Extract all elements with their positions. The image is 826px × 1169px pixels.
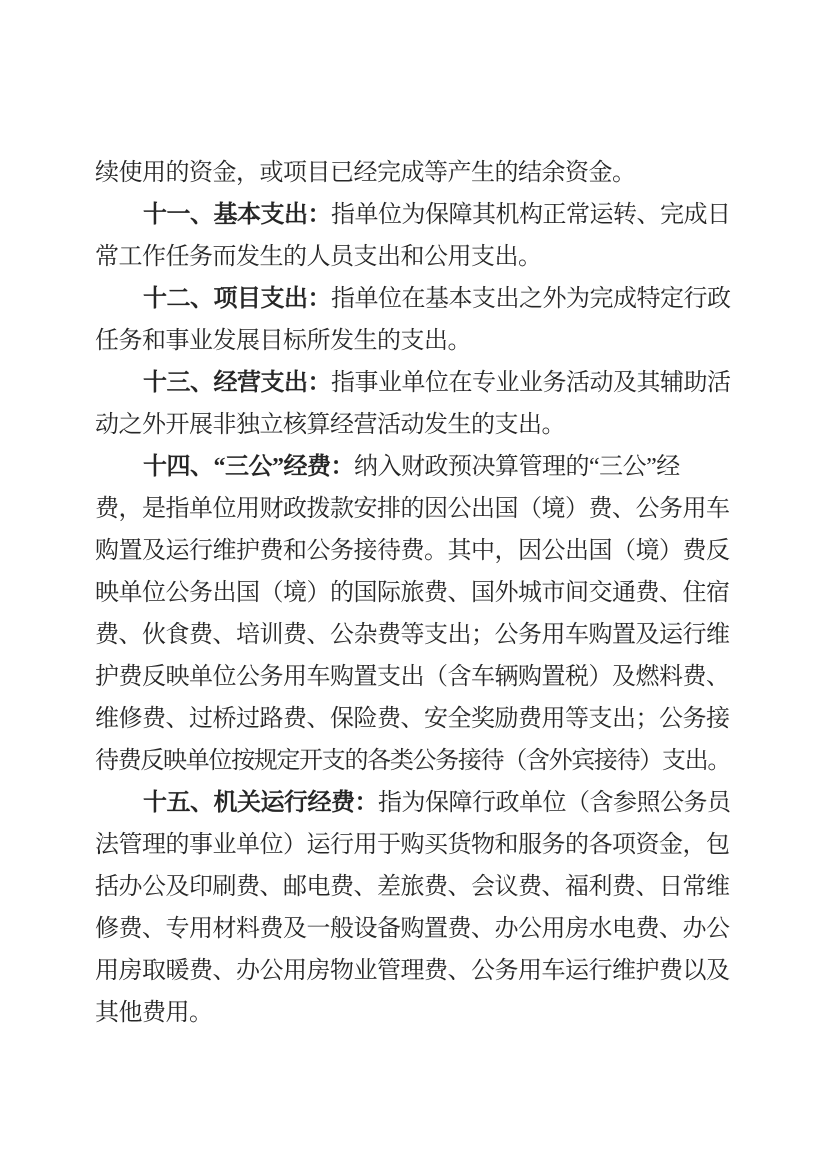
text-line: 用房取暖费、办公用房物业管理费、公务用车运行维护费以及	[95, 950, 731, 992]
text-segment: 法管理的事业单位）运行用于购买货物和服务的各项资金，包	[95, 832, 730, 858]
term-heading: 十五、机关运行经费：	[143, 790, 378, 816]
text-line: 其他费用。	[95, 992, 731, 1034]
text-line: 法管理的事业单位）运行用于购买货物和服务的各项资金，包	[95, 824, 731, 866]
text-segment: 任务和事业发展目标所发生的支出。	[95, 328, 471, 354]
text-segment: 维修费、过桥过路费、保险费、安全奖励费用等支出；公务接	[95, 706, 730, 732]
text-segment: 购置及运行维护费和公务接待费。其中，因公出国（境）费反	[95, 538, 730, 564]
text-segment: 费、伙食费、培训费、公杂费等支出；公务用车购置及运行维	[95, 622, 730, 648]
text-line: 括办公及印刷费、邮电费、差旅费、会议费、福利费、日常维	[95, 866, 731, 908]
text-line: 十四、“三公”经费：纳入财政预决算管理的“三公”经	[95, 446, 731, 488]
text-line: 费，是指单位用财政拨款安排的因公出国（境）费、公务用车	[95, 488, 731, 530]
text-segment: 括办公及印刷费、邮电费、差旅费、会议费、福利费、日常维	[95, 874, 730, 900]
text-segment: 用房取暖费、办公用房物业管理费、公务用车运行维护费以及	[95, 958, 730, 984]
text-segment: 指单位在基本支出之外为完成特定行政	[331, 286, 731, 312]
term-heading: 十二、项目支出：	[143, 286, 331, 312]
text-segment: 指单位为保障其机构正常运转、完成日	[331, 202, 731, 228]
text-segment: 修费、专用材料费及一般设备购置费、办公用房水电费、办公	[95, 916, 730, 942]
document-text-block: 续使用的资金，或项目已经完成等产生的结余资金。十一、基本支出：指单位为保障其机构…	[95, 152, 731, 1034]
text-line: 修费、专用材料费及一般设备购置费、办公用房水电费、办公	[95, 908, 731, 950]
text-line: 常工作任务而发生的人员支出和公用支出。	[95, 236, 731, 278]
text-line: 动之外开展非独立核算经营活动发生的支出。	[95, 404, 731, 446]
text-segment: 常工作任务而发生的人员支出和公用支出。	[95, 244, 542, 270]
text-line: 维修费、过桥过路费、保险费、安全奖励费用等支出；公务接	[95, 698, 731, 740]
text-segment: 纳入财政预决算管理的“三公”经	[354, 454, 680, 480]
document-page: 续使用的资金，或项目已经完成等产生的结余资金。十一、基本支出：指单位为保障其机构…	[0, 0, 826, 1169]
text-segment: 指事业单位在专业业务活动及其辅助活	[331, 370, 731, 396]
text-line: 十五、机关运行经费：指为保障行政单位（含参照公务员	[95, 782, 731, 824]
text-segment: 其他费用。	[95, 1000, 213, 1026]
text-line: 待费反映单位按规定开支的各类公务接待（含外宾接待）支出。	[95, 740, 731, 782]
text-segment: 待费反映单位按规定开支的各类公务接待（含外宾接待）支出。	[95, 748, 730, 774]
text-line: 续使用的资金，或项目已经完成等产生的结余资金。	[95, 152, 731, 194]
text-line: 费、伙食费、培训费、公杂费等支出；公务用车购置及运行维	[95, 614, 731, 656]
text-segment: 动之外开展非独立核算经营活动发生的支出。	[95, 412, 565, 438]
text-line: 十一、基本支出：指单位为保障其机构正常运转、完成日	[95, 194, 731, 236]
text-line: 十二、项目支出：指单位在基本支出之外为完成特定行政	[95, 278, 731, 320]
text-segment: 映单位公务出国（境）的国际旅费、国外城市间交通费、住宿	[95, 580, 730, 606]
text-segment: 护费反映单位公务用车购置支出（含车辆购置税）及燃料费、	[95, 664, 730, 690]
term-heading: 十四、“三公”经费：	[143, 454, 354, 480]
term-heading: 十三、经营支出：	[143, 370, 331, 396]
term-heading: 十一、基本支出：	[143, 202, 331, 228]
text-line: 购置及运行维护费和公务接待费。其中，因公出国（境）费反	[95, 530, 731, 572]
text-segment: 指为保障行政单位（含参照公务员	[378, 790, 731, 816]
text-line: 任务和事业发展目标所发生的支出。	[95, 320, 731, 362]
text-segment: 续使用的资金，或项目已经完成等产生的结余资金。	[95, 160, 636, 186]
text-line: 护费反映单位公务用车购置支出（含车辆购置税）及燃料费、	[95, 656, 731, 698]
text-segment: 费，是指单位用财政拨款安排的因公出国（境）费、公务用车	[95, 496, 730, 522]
text-line: 映单位公务出国（境）的国际旅费、国外城市间交通费、住宿	[95, 572, 731, 614]
text-line: 十三、经营支出：指事业单位在专业业务活动及其辅助活	[95, 362, 731, 404]
